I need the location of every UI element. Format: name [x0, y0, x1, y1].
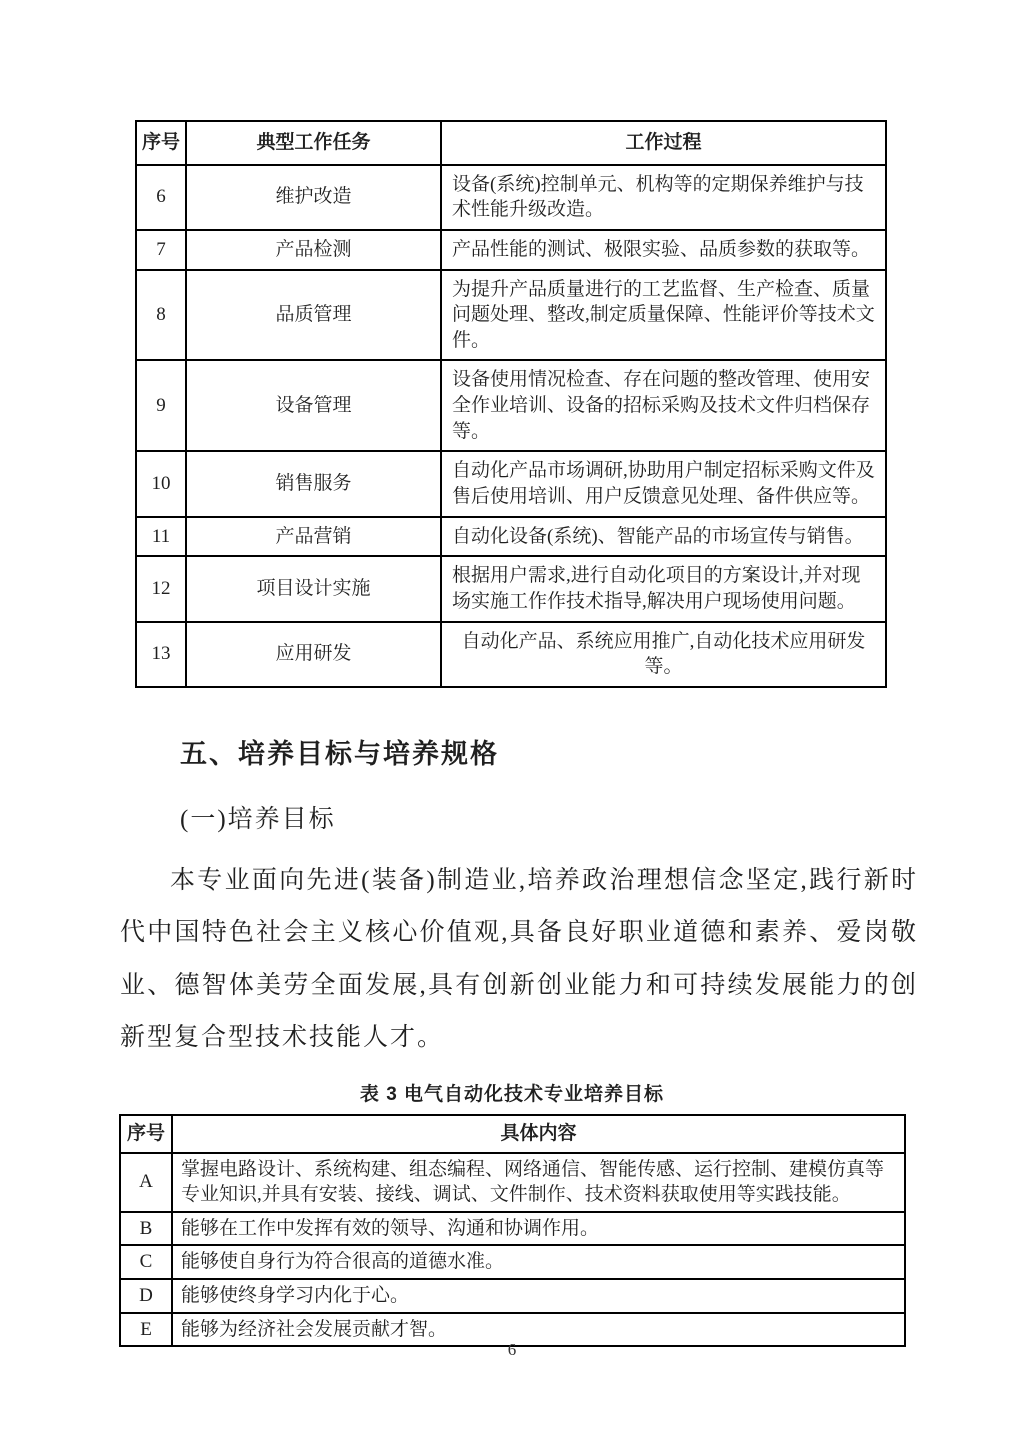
task-cell: 应用研发 [186, 622, 441, 687]
process-cell: 自动化产品市场调研,协助用户制定招标采购文件及售后使用培训、用户反馈意见处理、备… [441, 451, 886, 516]
training-goal-paragraph: 本专业面向先进(装备)制造业,培养政治理想信念坚定,践行新时代中国特色社会主义核… [120, 855, 918, 1065]
table-row: 9 设备管理 设备使用情况检查、存在问题的整改管理、使用安全作业培训、设备的招标… [136, 360, 886, 451]
table-row: 6 维护改造 设备(系统)控制单元、机构等的定期保养维护与技术性能升级改造。 [136, 165, 886, 230]
table3-caption: 表 3 电气自动化技术专业培养目标 [0, 1079, 1024, 1106]
work-tasks-table: 序号 典型工作任务 工作过程 6 维护改造 设备(系统)控制单元、机构等的定期保… [135, 120, 887, 688]
row-letter-cell: B [120, 1212, 172, 1246]
row-number-cell: 6 [136, 165, 186, 230]
process-cell: 自动化设备(系统)、智能产品的市场宣传与销售。 [441, 517, 886, 557]
row-letter-cell: A [120, 1153, 172, 1212]
header-cell-content: 具体内容 [172, 1115, 905, 1153]
row-letter-cell: D [120, 1279, 172, 1313]
row-number-cell: 10 [136, 451, 186, 516]
task-cell: 维护改造 [186, 165, 441, 230]
content-cell: 掌握电路设计、系统构建、组态编程、网络通信、智能传感、运行控制、建模仿真等专业知… [172, 1153, 905, 1212]
header-cell-no: 序号 [136, 121, 186, 165]
content-cell: 能够使终身学习内化于心。 [172, 1279, 905, 1313]
table-row: 11 产品营销 自动化设备(系统)、智能产品的市场宣传与销售。 [136, 517, 886, 557]
table-row: D 能够使终身学习内化于心。 [120, 1279, 905, 1313]
row-number-cell: 8 [136, 270, 186, 361]
table-row: 8 品质管理 为提升产品质量进行的工艺监督、生产检查、质量问题处理、整改,制定质… [136, 270, 886, 361]
section-subheading: (一)培养目标 [180, 799, 1024, 835]
task-cell: 销售服务 [186, 451, 441, 516]
task-cell: 产品检测 [186, 230, 441, 270]
process-cell: 设备使用情况检查、存在问题的整改管理、使用安全作业培训、设备的招标采购及技术文件… [441, 360, 886, 451]
task-cell: 项目设计实施 [186, 556, 441, 621]
process-cell: 根据用户需求,进行自动化项目的方案设计,并对现场实施工作作技术指导,解决用户现场… [441, 556, 886, 621]
header-cell-no: 序号 [120, 1115, 172, 1153]
task-cell: 设备管理 [186, 360, 441, 451]
table-header-row: 序号 具体内容 [120, 1115, 905, 1153]
table-header-row: 序号 典型工作任务 工作过程 [136, 121, 886, 165]
row-number-cell: 12 [136, 556, 186, 621]
task-cell: 品质管理 [186, 270, 441, 361]
header-cell-task: 典型工作任务 [186, 121, 441, 165]
process-cell: 为提升产品质量进行的工艺监督、生产检查、质量问题处理、整改,制定质量保障、性能评… [441, 270, 886, 361]
table-row: C 能够使自身行为符合很高的道德水准。 [120, 1245, 905, 1279]
document-page: 序号 典型工作任务 工作过程 6 维护改造 设备(系统)控制单元、机构等的定期保… [0, 0, 1024, 1448]
row-letter-cell: C [120, 1245, 172, 1279]
table-row: B 能够在工作中发挥有效的领导、沟通和协调作用。 [120, 1212, 905, 1246]
row-number-cell: 11 [136, 517, 186, 557]
table-row: 13 应用研发 自动化产品、系统应用推广,自动化技术应用研发等。 [136, 622, 886, 687]
row-number-cell: 9 [136, 360, 186, 451]
row-number-cell: 7 [136, 230, 186, 270]
training-objectives-table: 序号 具体内容 A 掌握电路设计、系统构建、组态编程、网络通信、智能传感、运行控… [119, 1114, 906, 1347]
process-cell: 自动化产品、系统应用推广,自动化技术应用研发等。 [441, 622, 886, 687]
table-row: A 掌握电路设计、系统构建、组态编程、网络通信、智能传感、运行控制、建模仿真等专… [120, 1153, 905, 1212]
table-row: 10 销售服务 自动化产品市场调研,协助用户制定招标采购文件及售后使用培训、用户… [136, 451, 886, 516]
process-cell: 产品性能的测试、极限实验、品质参数的获取等。 [441, 230, 886, 270]
row-number-cell: 13 [136, 622, 186, 687]
process-cell: 设备(系统)控制单元、机构等的定期保养维护与技术性能升级改造。 [441, 165, 886, 230]
table-row: 12 项目设计实施 根据用户需求,进行自动化项目的方案设计,并对现场实施工作作技… [136, 556, 886, 621]
content-cell: 能够使自身行为符合很高的道德水准。 [172, 1245, 905, 1279]
task-cell: 产品营销 [186, 517, 441, 557]
table-row: 7 产品检测 产品性能的测试、极限实验、品质参数的获取等。 [136, 230, 886, 270]
header-cell-process: 工作过程 [441, 121, 886, 165]
page-number: 6 [0, 1340, 1024, 1360]
content-cell: 能够在工作中发挥有效的领导、沟通和协调作用。 [172, 1212, 905, 1246]
section-heading: 五、培养目标与培养规格 [180, 732, 1024, 771]
